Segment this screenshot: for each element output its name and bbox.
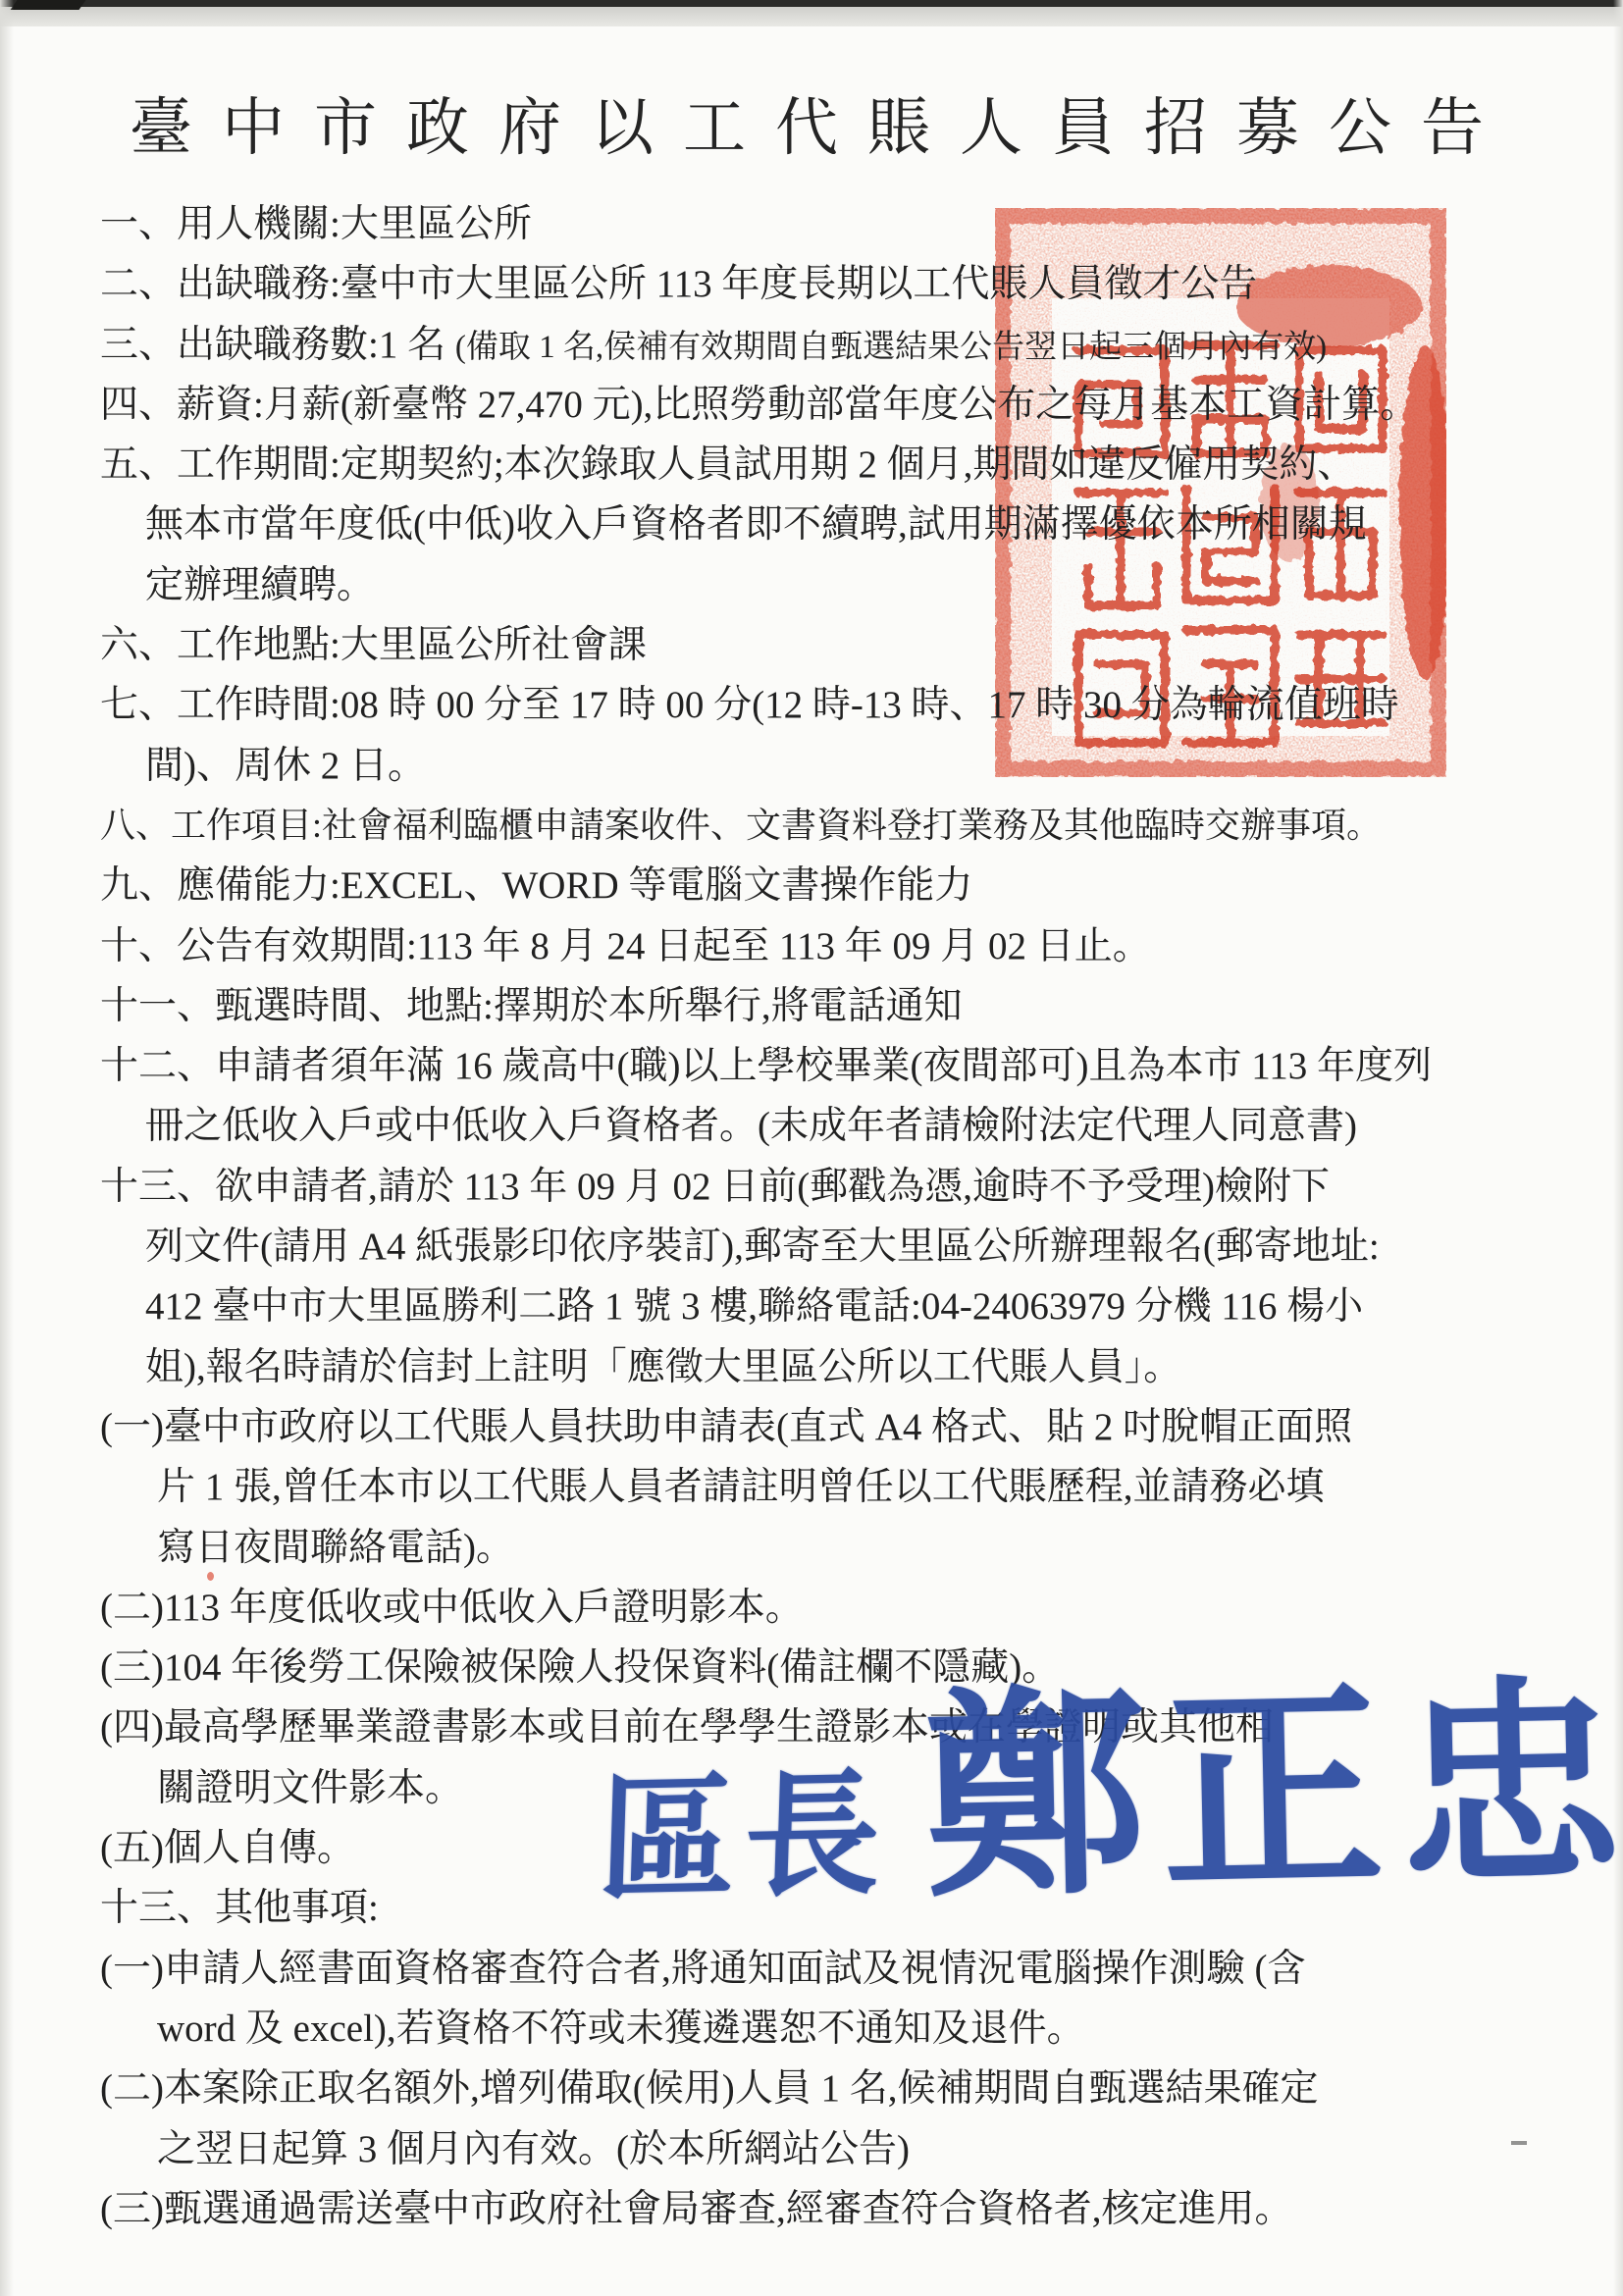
document-line: (三)甄選通過需送臺中市政府社會局審查,經審查符合資格者,核定進用。 xyxy=(100,2179,1603,2239)
scan-edge-artifact xyxy=(0,7,1623,26)
document-line: 二、出缺職務:臺中市大里區公所 113 年度長期以工代賬人員徵才公告 xyxy=(100,254,1603,314)
line-text: 十、公告有效期間:113 年 8 月 24 日起至 113 年 09 月 02 … xyxy=(100,925,1151,967)
document-line: 冊之低收入戶或中低收入戶資格者。(未成年者請檢附法定代理人同意書) xyxy=(100,1096,1603,1156)
document-line: 八、工作項目:社會福利臨櫃申請案收件、文書資料登打業務及其他臨時交辦事項。 xyxy=(100,796,1603,856)
signature-name: 鄭正忠 xyxy=(922,1689,1623,1899)
signature-block: 區長 鄭正忠 xyxy=(597,1689,1623,1905)
document-line: (一)臺中市政府以工代賬人員扶助申請表(直式 A4 格式、貼 2 吋脫帽正面照 xyxy=(100,1397,1603,1457)
line-text: 十三、其他事項: xyxy=(100,1887,379,1929)
scan-edge-artifact xyxy=(0,0,1623,7)
line-text: (一)申請人經書面資格審查符合者,將通知面試及視情況電腦操作測驗 (含 xyxy=(100,1948,1305,1990)
scan-edge-shading xyxy=(0,0,14,2296)
document-line: 定辦理續聘。 xyxy=(100,555,1603,615)
document-line: 無本市當年度低(中低)收入戶資格者即不續聘,試用期滿擇優依本所相關規 xyxy=(100,495,1603,554)
document-line: 六、工作地點:大里區公所社會課 xyxy=(100,615,1603,675)
document-line: 九、應備能力:EXCEL、WORD 等電腦文書操作能力 xyxy=(100,856,1603,915)
scanned-document-page: 臺中市政府以工代賬人員招募公告 一、用人機關:大里區公所二、出缺職務:臺中市大里… xyxy=(0,0,1623,2296)
line-text: (三)甄選通過需送臺中市政府社會局審查,經審查符合資格者,核定進用。 xyxy=(100,2188,1292,2230)
document-line: (二)本案除正取名額外,增列備取(候用)人員 1 名,候補期間自甄選結果確定 xyxy=(100,2059,1603,2118)
document-body: 一、用人機關:大里區公所二、出缺職務:臺中市大里區公所 113 年度長期以工代賬… xyxy=(100,194,1603,2239)
line-text: 列文件(請用 A4 紙張影印依序裝訂),郵寄至大里區公所辦理報名(郵寄地址: xyxy=(145,1226,1380,1268)
document-line: 五、工作期間:定期契約;本次錄取人員試用期 2 個月,期間如違反僱用契約、 xyxy=(100,435,1603,495)
line-text: 七、工作時間:08 時 00 分至 17 時 00 分(12 時-13 時、17… xyxy=(100,684,1399,726)
document-line: (二)113 年度低收或中低收入戶證明影本。 xyxy=(100,1578,1603,1638)
line-text: 寫日夜間聯絡電話)。 xyxy=(157,1527,514,1569)
document-line: 412 臺中市大里區勝利二路 1 號 3 樓,聯絡電話:04-24063979 … xyxy=(100,1277,1603,1336)
document-line: 寫日夜間聯絡電話)。 xyxy=(100,1518,1603,1578)
document-line: 之翌日起算 3 個月內有效。(於本所網站公告) xyxy=(100,2119,1603,2179)
line-text: 定辦理續聘。 xyxy=(145,564,375,606)
document-line: 十三、欲申請者,請於 113 年 09 月 02 日前(郵戳為憑,逾時不予受理)… xyxy=(100,1157,1603,1217)
line-text: 間)、周休 2 日。 xyxy=(145,745,426,787)
line-text: 二、出缺職務:臺中市大里區公所 113 年度長期以工代賬人員徵才公告 xyxy=(100,263,1257,305)
scan-edge-shading xyxy=(1613,0,1623,2296)
document-line: 列文件(請用 A4 紙張影印依序裝訂),郵寄至大里區公所辦理報名(郵寄地址: xyxy=(100,1217,1603,1277)
document-line: 十一、甄選時間、地點:擇期於本所舉行,將電話通知 xyxy=(100,976,1603,1036)
line-text: 十二、申請者須年滿 16 歲高中(職)以上學校畢業(夜間部可)且為本市 113 … xyxy=(100,1045,1432,1087)
line-text: 十三、欲申請者,請於 113 年 09 月 02 日前(郵戳為憑,逾時不予受理)… xyxy=(100,1166,1330,1208)
document-line: 一、用人機關:大里區公所 xyxy=(100,194,1603,254)
document-line: 七、工作時間:08 時 00 分至 17 時 00 分(12 時-13 時、17… xyxy=(100,675,1603,735)
line-text: 無本市當年度低(中低)收入戶資格者即不續聘,試用期滿擇優依本所相關規 xyxy=(145,503,1367,546)
document-line: 十二、申請者須年滿 16 歲高中(職)以上學校畢業(夜間部可)且為本市 113 … xyxy=(100,1036,1603,1096)
line-text: 八、工作項目:社會福利臨櫃申請案收件、文書資料登打業務及其他臨時交辦事項。 xyxy=(100,806,1382,845)
line-text: 三、出缺職務數:1 名 xyxy=(100,324,455,366)
document-line: 姐),報名時請於信封上註明「應徵大里區公所以工代賬人員」。 xyxy=(100,1337,1603,1397)
scan-corner-mark xyxy=(10,0,85,10)
line-text: 一、用人機關:大里區公所 xyxy=(100,203,532,245)
line-text: (五)個人自傳。 xyxy=(100,1827,355,1869)
document-line: 片 1 張,曾任本市以工代賬人員者請註明曾任以工代賬歷程,並請務必填 xyxy=(100,1457,1603,1517)
document-line: (一)申請人經書面資格審查符合者,將通知面試及視情況電腦操作測驗 (含 xyxy=(100,1939,1603,1999)
line-text: word 及 excel),若資格不符或未獲遴選恕不通知及退件。 xyxy=(157,2008,1085,2050)
line-text: 412 臺中市大里區勝利二路 1 號 3 樓,聯絡電話:04-24063979 … xyxy=(145,1285,1363,1328)
line-text: (備取 1 名,侯補有效期間自甄選結果公告翌日起三個月內有效) xyxy=(455,330,1327,365)
line-text: 片 1 張,曾任本市以工代賬人員者請註明曾任以工代賬歷程,並請務必填 xyxy=(157,1466,1325,1508)
document-line: 十、公告有效期間:113 年 8 月 24 日起至 113 年 09 月 02 … xyxy=(100,916,1603,976)
line-text: 之翌日起算 3 個月內有效。(於本所網站公告) xyxy=(157,2128,910,2170)
line-text: 關證明文件影本。 xyxy=(157,1767,463,1809)
line-text: (二)113 年度低收或中低收入戶證明影本。 xyxy=(100,1587,804,1629)
document-line: 三、出缺職務數:1 名 (備取 1 名,侯補有效期間自甄選結果公告翌日起三個月內… xyxy=(100,315,1603,375)
line-text: 九、應備能力:EXCEL、WORD 等電腦文書操作能力 xyxy=(100,864,972,907)
document-line: word 及 excel),若資格不符或未獲遴選恕不通知及退件。 xyxy=(100,1999,1603,2059)
line-text: (一)臺中市政府以工代賬人員扶助申請表(直式 A4 格式、貼 2 吋脫帽正面照 xyxy=(100,1406,1352,1448)
page-title: 臺中市政府以工代賬人員招募公告 xyxy=(130,94,1513,163)
line-text: 姐),報名時請於信封上註明「應徵大里區公所以工代賬人員」。 xyxy=(145,1346,1181,1388)
document-line: 間)、周休 2 日。 xyxy=(100,736,1603,796)
line-text: 四、薪資:月薪(新臺幣 27,470 元),比照勞動部當年度公布之每月基本工資計… xyxy=(100,384,1418,426)
signature-office-title: 區長 xyxy=(598,1771,892,1905)
line-text: (二)本案除正取名額外,增列備取(候用)人員 1 名,候補期間自甄選結果確定 xyxy=(100,2067,1318,2110)
document-line: 四、薪資:月薪(新臺幣 27,470 元),比照勞動部當年度公布之每月基本工資計… xyxy=(100,375,1603,435)
line-text: 冊之低收入戶或中低收入戶資格者。(未成年者請檢附法定代理人同意書) xyxy=(145,1105,1357,1147)
line-text: 十一、甄選時間、地點:擇期於本所舉行,將電話通知 xyxy=(100,985,963,1027)
line-text: (三)104 年後勞工保險被保險人投保資料(備註欄不隱藏)。 xyxy=(100,1646,1060,1689)
line-text: 五、工作期間:定期契約;本次錄取人員試用期 2 個月,期間如違反僱用契約、 xyxy=(100,444,1355,486)
line-text: 六、工作地點:大里區公所社會課 xyxy=(100,624,647,666)
